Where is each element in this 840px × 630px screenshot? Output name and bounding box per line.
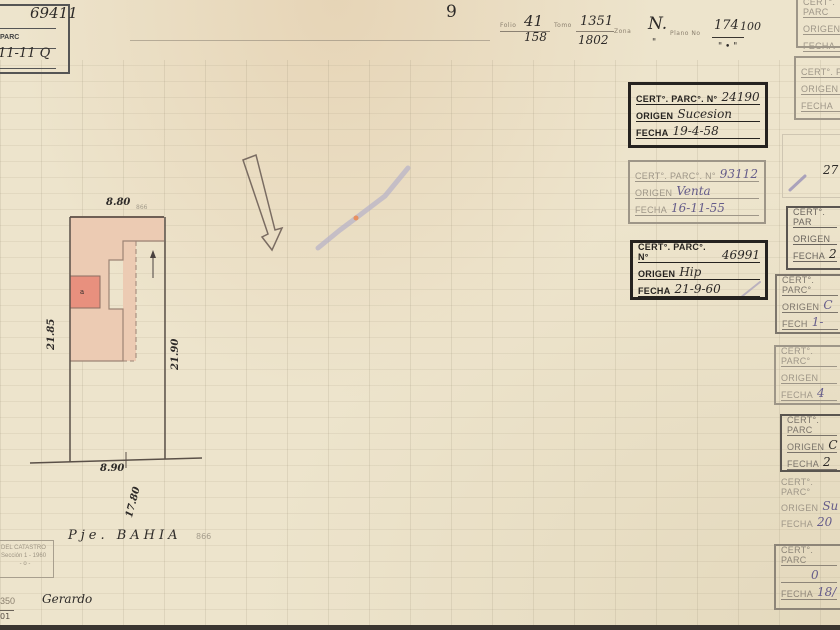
plot-left-depth: 21.85 <box>46 319 57 350</box>
cert-label: CERT°. PARC <box>787 415 837 435</box>
sheet-number-below: 01 <box>0 612 10 621</box>
fecha-label: FECHA <box>781 589 813 599</box>
fecha-label: FECHA <box>638 286 671 296</box>
fecha-row: FECHA16-11-55 <box>635 199 759 216</box>
fecha-value: 2 <box>823 455 831 469</box>
origen-row: ORIGENVenta <box>635 182 759 199</box>
cert-label: CERT°. PARC° <box>782 275 838 295</box>
sheet-number-rule <box>0 610 14 611</box>
certificate-stamp: CERT°. PARC° ORIGENC FECH1- <box>775 274 840 334</box>
certificate-stamp: CERT°. PAR ORIGEN FECHA2 <box>786 206 840 270</box>
catastro-title: DEL CATASTRO <box>1 545 49 551</box>
fecha-row: FECHA2 <box>793 245 837 262</box>
cert-label: CERT°. PARC°. N° <box>635 171 716 181</box>
sheet-number: 350 <box>0 596 15 606</box>
cert-row: CERT°. PARC°. N°24190 <box>636 88 760 105</box>
origen-value: Hip <box>679 265 701 279</box>
cert-row: CERT°. P <box>801 61 840 78</box>
origen-row: ORIGENSu <box>781 497 837 513</box>
fecha-row: FECHA20 <box>781 513 837 529</box>
fecha-value: 27 <box>823 163 838 177</box>
fecha-label: FECHA <box>781 519 813 529</box>
origen-row: ORIGENSucesion <box>636 105 760 122</box>
origen-row: ORIGENHip <box>638 263 760 280</box>
fecha-row: FECHA4 <box>781 384 837 401</box>
cert-label: CERT°. P <box>801 67 840 77</box>
cert-label: CERT°. PARC°. N° <box>636 94 717 104</box>
origen-label: ORIGEN <box>636 111 673 121</box>
origen-row: 0 <box>781 566 837 583</box>
fecha-label: FECHA <box>787 459 819 469</box>
origen-label: ORIGEN <box>787 442 824 452</box>
origen-value: Venta <box>676 184 710 198</box>
fecha-label: FECHA <box>793 251 825 261</box>
fecha-row: FECHA21-9-60 <box>638 280 760 297</box>
cert-label: CERT°. PARC° <box>781 346 837 366</box>
fecha-value: 4 <box>817 386 825 400</box>
cert-row: CERT°. PARC° <box>781 481 837 497</box>
origen-label: ORIGEN <box>638 269 675 279</box>
fecha-row: FECHA2 <box>787 453 837 470</box>
origen-row: ORIGEN <box>801 78 840 95</box>
fecha-label: FECHA <box>803 41 835 51</box>
cert-value: 46991 <box>722 248 760 262</box>
certificate-stamp: CERT°. PARC° ORIGENSu FECHA20 <box>774 476 840 532</box>
plot-right-depth: 21.90 <box>170 339 181 370</box>
signature: Gerardo <box>42 592 92 606</box>
origen-value: Su <box>822 499 838 513</box>
origen-label: ORIGEN <box>803 24 840 34</box>
fecha-row: FECHA19-4-58 <box>636 122 760 139</box>
origen-label: ORIGEN <box>793 234 830 244</box>
cert-label: CERT°. PARC <box>803 0 840 17</box>
unit-label: a <box>80 288 84 296</box>
fecha-row: FECHA <box>803 35 840 52</box>
fecha-label: FECH <box>782 319 808 329</box>
cert-row: CERT°. PARC <box>803 1 840 18</box>
fecha-label: FECHA <box>801 101 833 111</box>
cert-value: 0 <box>811 568 819 582</box>
cert-label: CERT°. PARC <box>781 545 837 565</box>
catastro-stamp: DEL CATASTRO Sección 1 - 1960 - o - <box>0 540 54 578</box>
cert-label: CERT°. PAR <box>793 207 837 227</box>
fecha-row: FECH1- <box>782 313 838 330</box>
fecha-value: 2 <box>829 247 837 261</box>
certificate-stamp: CERT°. PARC°. N°24190 ORIGENSucesion FEC… <box>628 82 768 148</box>
certificate-stamp: CERT°. PARC ORIGEN FECHA <box>796 0 840 48</box>
fecha-row: FECHA18/ <box>781 583 837 600</box>
certificate-stamp: CERT°. PARC°. N°93112 ORIGENVenta FECHA1… <box>628 160 766 224</box>
certificate-stamp: CERT°. P ORIGEN FECHA <box>794 56 840 120</box>
fecha-value: 18/ <box>817 585 836 599</box>
cert-value: 93112 <box>720 167 758 181</box>
fecha-label: FECHA <box>635 205 667 215</box>
fecha-label: FECHA <box>636 128 669 138</box>
plot-bottom-width: 8.90 <box>100 463 124 474</box>
certificate-stamp: CERT°. PARC ORIGENC FECHA2 <box>780 414 840 472</box>
plot-top-width: 8.80 <box>106 197 130 208</box>
origen-row: ORIGEN <box>781 367 837 384</box>
certificate-stamp: CERT°. PARC° ORIGEN FECHA4 <box>774 345 840 405</box>
catastro-subtitle: Sección 1 - 1960 <box>1 553 49 559</box>
cert-row: CERT°. PARC <box>787 419 837 436</box>
catastro-mark: - o - <box>1 561 49 567</box>
fecha-row: FECHA <box>801 95 840 112</box>
origen-value: C <box>823 298 832 312</box>
fecha-value: 21-9-60 <box>675 282 721 296</box>
fecha-value: 1- <box>812 315 824 329</box>
faded-stamp: 27 <box>782 134 840 198</box>
cert-value: 24190 <box>721 90 759 104</box>
street-name: Pje. BAHIA <box>68 528 182 543</box>
fecha-value: 20 <box>817 515 832 529</box>
plot-top-note: 866 <box>136 204 147 211</box>
origen-row: ORIGEN <box>803 18 840 35</box>
cert-row: CERT°. PARC°. N°93112 <box>635 165 759 182</box>
cert-row: CERT°. PARC° <box>781 350 837 367</box>
cert-row: CERT°. PARC <box>781 549 837 566</box>
origen-row: ORIGENC <box>787 436 837 453</box>
origen-row: ORIGENC <box>782 296 838 313</box>
cert-row: CERT°. PAR <box>793 211 837 228</box>
origen-row: ORIGEN <box>793 228 837 245</box>
origen-value: C <box>828 438 837 452</box>
fecha-value: 16-11-55 <box>671 201 725 215</box>
origen-label: ORIGEN <box>781 503 818 513</box>
cert-row: CERT°. PARC° <box>782 279 838 296</box>
cert-row: CERT°. PARC°. N°46991 <box>638 246 760 263</box>
certificate-stamp: CERT°. PARC 0 FECHA18/ <box>774 544 840 610</box>
origen-value: Sucesion <box>677 107 732 121</box>
origen-label: ORIGEN <box>801 84 838 94</box>
scan-edge <box>0 625 840 630</box>
cert-label: CERT°. PARC°. N° <box>638 242 718 262</box>
street-note: 866 <box>196 532 211 541</box>
document-sheet: 69411 PARC 11-11 Q 9 Folio 41 158 Tomo 1… <box>0 0 840 626</box>
origen-label: ORIGEN <box>782 302 819 312</box>
fecha-label: FECHA <box>781 390 813 400</box>
cert-label: CERT°. PARC° <box>781 477 837 497</box>
origen-label: ORIGEN <box>635 188 672 198</box>
certificate-stamp: CERT°. PARC°. N°46991 ORIGENHip FECHA21-… <box>630 240 768 300</box>
origen-label: ORIGEN <box>781 373 818 383</box>
fecha-value: 19-4-58 <box>673 124 719 138</box>
